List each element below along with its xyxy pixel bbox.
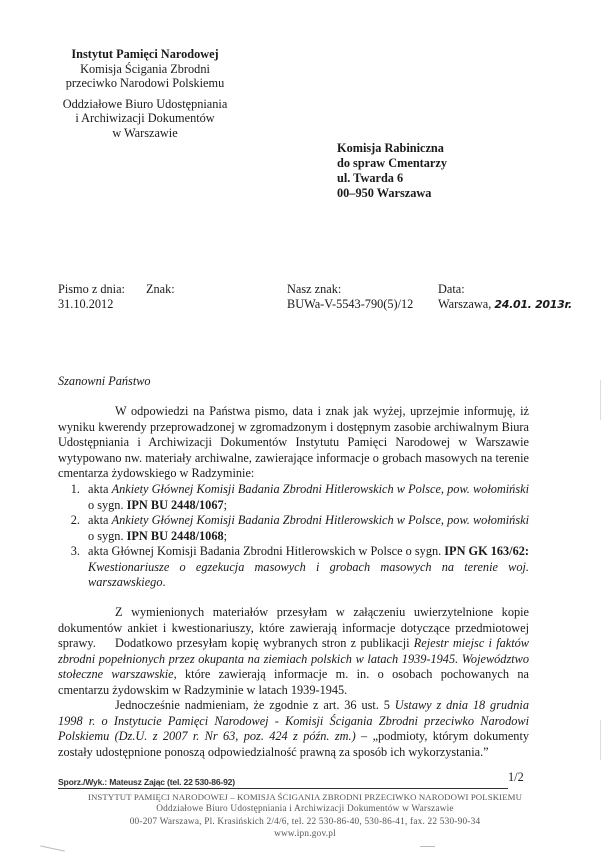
scan-smudge: [420, 846, 435, 847]
letter-date-label: Pismo z dnia:: [58, 282, 125, 297]
recipient-line1: Komisja Rabiniczna: [337, 141, 447, 156]
salutation: Szanowni Państwo: [58, 374, 151, 389]
sender-commission-line1: Komisja Ścigania Zbrodni: [50, 62, 240, 77]
sender-commission-line2: przeciwko Narodowi Polskiemu: [50, 76, 240, 91]
list-item: 3. akta Głównej Komisji Badania Zbrodni …: [58, 544, 529, 591]
paragraph-intro-text: W odpowiedzi na Państwa pismo, data i zn…: [58, 404, 529, 482]
our-sign-field: Nasz znak: BUWa-V-5543-790(5)/12: [287, 282, 413, 312]
footer-line2: Oddziałowe Biuro Udostępniania i Archiwi…: [40, 803, 570, 815]
sender-office-line2: i Archiwizacji Dokumentów: [50, 111, 240, 126]
recipient-line4: 00–950 Warszawa: [337, 186, 447, 201]
footer-line3: 00-207 Warszawa, Pl. Krasińskich 2/4/6, …: [40, 816, 570, 828]
scan-edge-mark: [600, 720, 601, 760]
scan-edge-mark: [600, 380, 601, 420]
recipient-line3: ul. Twarda 6: [337, 171, 447, 186]
footer-website: www.ipn.gov.pl: [40, 828, 570, 840]
our-sign-value: BUWa-V-5543-790(5)/12: [287, 297, 413, 312]
sender-office-line3: w Warszawie: [50, 126, 240, 141]
handwritten-date: 24.01. 2013r.: [494, 298, 572, 311]
institution-footer: INSTYTUT PAMIĘCI NARODOWEJ – KOMISJA ŚCI…: [40, 791, 570, 840]
date-place: Warszawa,: [438, 297, 491, 311]
paragraph-publication-text: Dodatkowo przesyłam kopię wybranych stro…: [58, 636, 529, 698]
list-item: 1. akta Ankiety Głównej Komisji Badania …: [58, 482, 529, 513]
paragraph-intro: W odpowiedzi na Państwa pismo, data i zn…: [58, 404, 529, 482]
paragraph-legal-note: Jednocześnie nadmieniam, że zgodnie z ar…: [58, 698, 529, 760]
date-value: Warszawa, 24.01. 2013r.: [438, 297, 572, 312]
prepared-by: Sporz./Wyk.: Mateusz Zając (tel. 22 530-…: [58, 777, 508, 789]
date-label: Data:: [438, 282, 572, 297]
page-number: 1/2: [508, 770, 524, 785]
sign-field: Znak:: [146, 282, 175, 297]
letter-date-value: 31.10.2012: [58, 297, 125, 312]
list-item: 2. akta Ankiety Głównej Komisji Badania …: [58, 513, 529, 544]
paragraph-legal-note-text: Jednocześnie nadmieniam, że zgodnie z ar…: [58, 698, 529, 760]
date-field: Data: Warszawa, 24.01. 2013r.: [438, 282, 572, 312]
recipient-address: Komisja Rabiniczna do spraw Cmentarzy ul…: [337, 141, 447, 201]
sender-block: Instytut Pamięci Narodowej Komisja Ściga…: [50, 47, 240, 140]
footer-line1: INSTYTUT PAMIĘCI NARODOWEJ – KOMISJA ŚCI…: [40, 791, 570, 803]
sender-office-line1: Oddziałowe Biuro Udostępniania: [50, 97, 240, 112]
paragraph-publication: Dodatkowo przesyłam kopię wybranych stro…: [58, 636, 529, 698]
recipient-line2: do spraw Cmentarzy: [337, 156, 447, 171]
our-sign-label: Nasz znak:: [287, 282, 413, 297]
sign-label: Znak:: [146, 282, 175, 297]
letter-date-field: Pismo z dnia: 31.10.2012: [58, 282, 125, 312]
sender-institution: Instytut Pamięci Narodowej: [50, 47, 240, 62]
scan-smudge: [40, 845, 65, 851]
archive-list: 1. akta Ankiety Głównej Komisji Badania …: [58, 482, 529, 591]
